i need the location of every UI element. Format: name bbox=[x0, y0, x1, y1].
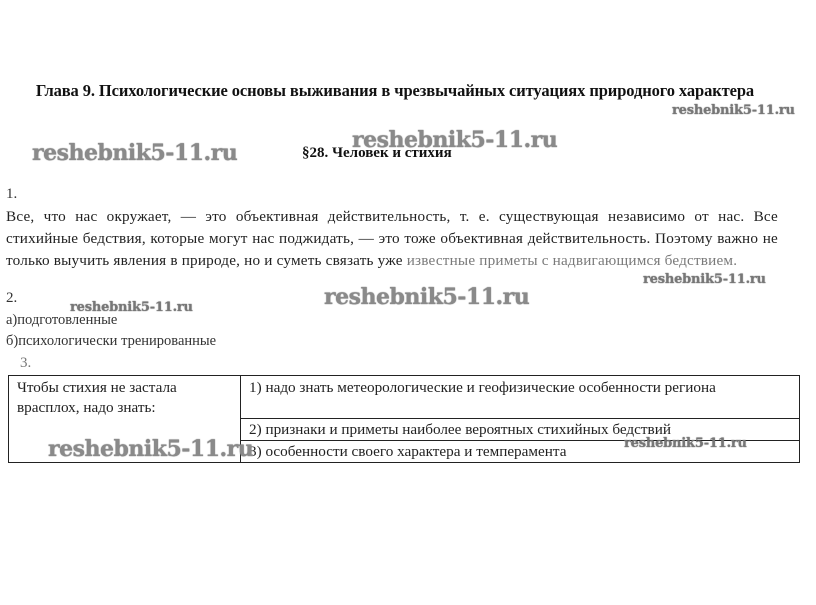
task-1-number: 1. bbox=[6, 186, 17, 203]
watermark: reshebnik5-11.ru bbox=[324, 284, 529, 310]
task-3-number: 3. bbox=[20, 355, 31, 372]
task-1-answer: Все, что нас окружает, — это объективная… bbox=[6, 206, 778, 272]
watermark: reshebnik5-11.ru bbox=[672, 103, 795, 118]
watermark: reshebnik5-11.ru bbox=[643, 272, 766, 287]
chapter-title: Глава 9. Психологические основы выживани… bbox=[0, 80, 790, 102]
watermark: reshebnik5-11.ru bbox=[48, 436, 253, 462]
watermark: reshebnik5-11.ru bbox=[32, 140, 237, 166]
table-cell-answer-1: 1) надо знать метеорологические и геофиз… bbox=[241, 376, 800, 419]
watermark: reshebnik5-11.ru bbox=[70, 300, 193, 315]
table-row: Чтобы стихия не застала врасплох, надо з… bbox=[9, 376, 800, 419]
task-1-text-faded: известные приметы с надвигающимся бедств… bbox=[407, 252, 738, 269]
task-2-number: 2. bbox=[6, 290, 17, 307]
watermark: reshebnik5-11.ru bbox=[624, 436, 747, 451]
task-2-answer-b: б)психологически тренированные bbox=[6, 333, 216, 350]
watermark: reshebnik5-11.ru bbox=[352, 127, 557, 153]
